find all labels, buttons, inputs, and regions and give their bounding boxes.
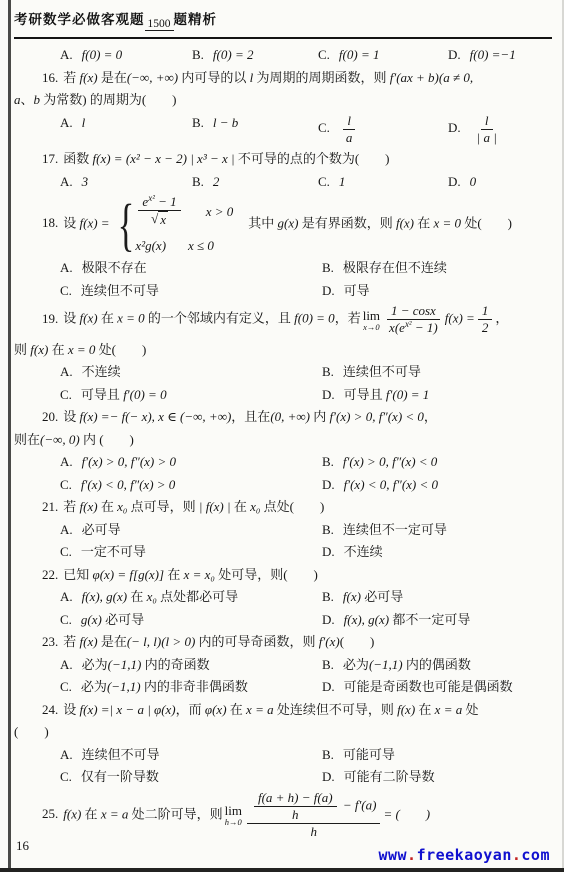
option-D: D.不连续 <box>322 542 554 562</box>
option-C: C.la <box>318 113 448 147</box>
option-B: B.必为(−1,1) 内的偶函数 <box>322 655 554 675</box>
numerator: ex² − 1 <box>138 194 180 211</box>
q24-options-ab: A.连续但不可导B.可能可导 <box>14 745 554 765</box>
option-label: D. <box>448 120 461 135</box>
text-run: 在 <box>127 589 147 604</box>
option-label: A. <box>60 522 73 537</box>
numerator: f(a + h) − f(a) <box>254 790 337 807</box>
fraction: la <box>342 113 357 147</box>
text-run: 若 <box>63 634 79 649</box>
numerator: l <box>481 113 493 130</box>
option-A: A.必可导 <box>60 520 322 540</box>
text-run: ， <box>495 311 508 326</box>
question-number: 20. <box>42 409 58 424</box>
text-run: 极限存在但不连续 <box>343 260 447 275</box>
text-run: 设 <box>63 215 79 230</box>
text-run: 处二阶可导，则 <box>128 806 222 821</box>
option-D: D.0 <box>448 172 554 192</box>
text-run: 点可导，则 <box>127 499 199 514</box>
option-label: B. <box>322 657 334 672</box>
piecewise-condition: x > 0 <box>206 202 234 222</box>
text-run: 在 <box>98 499 118 514</box>
option-A: A.极限不存在 <box>60 258 322 278</box>
radical-icon: √ <box>151 211 158 227</box>
piecewise: {ex² − 1√xx > 0x²g(x)x ≤ 0 <box>112 194 234 255</box>
power: ex² <box>399 320 411 335</box>
option-D: D.l| a | <box>448 113 554 147</box>
q18-stem: 18.设 f(x) ={ex² − 1√xx > 0x²g(x)x ≤ 0 其中… <box>14 194 554 255</box>
option-label: C. <box>60 477 72 492</box>
exponent: x² <box>148 193 155 203</box>
text-run: 内的可导奇函数，则 <box>195 634 319 649</box>
text-run: 是有界函数，则 <box>298 215 396 230</box>
q17-stem: 17.函数 f(x) = (x² − x − 2) | x³ − x | 不可导… <box>14 149 554 169</box>
question-number: 24. <box>42 702 58 717</box>
math-run: f(0) =−1 <box>470 47 516 62</box>
book-title-prefix: 考研数学必做客观题 <box>14 12 145 27</box>
question-number: 22. <box>42 567 58 582</box>
text-run: 则在 <box>14 432 40 447</box>
math-run: f(x) = <box>80 215 110 230</box>
q16-stem-1: 16.若 f(x) 是在(−∞, +∞) 内可导的以 l 为周期的周期函数，则 … <box>14 68 554 88</box>
option-label: D. <box>448 47 461 62</box>
questions-area: A.f(0) = 0B.f(0) = 2C.f(0) = 1D.f(0) =−1… <box>14 45 554 840</box>
option-label: B. <box>192 47 204 62</box>
math-run: l <box>347 113 351 128</box>
math-run: a <box>346 130 353 145</box>
option-D: D.可能是奇函数也可能是偶函数 <box>322 677 554 697</box>
text-run: 其中 <box>235 215 277 230</box>
text-run: 必可导 <box>102 612 144 627</box>
option-B: B.f′(x) > 0, f″(x) < 0 <box>322 452 554 472</box>
watermark-part: www <box>378 846 407 864</box>
text-run: 内的非奇非偶函数 <box>141 679 248 694</box>
numerator: l <box>343 113 355 130</box>
math-run: f′(x) <box>319 634 340 649</box>
math-run: x = 0 <box>434 215 462 230</box>
math-run: (−1,1) <box>369 657 403 672</box>
book-title-number: 1500 <box>145 18 174 31</box>
book-title: 考研数学必做客观题1500题精析 <box>14 0 554 30</box>
q24-options-cd: C.仅有一阶导数D.可能有二阶导数 <box>14 767 554 787</box>
math-run: f(x) <box>396 215 414 230</box>
option-label: A. <box>60 174 73 189</box>
math-run: − 1) <box>412 320 438 335</box>
text-run: 是在 <box>98 634 127 649</box>
text-run: 连续但不可导 <box>82 747 160 762</box>
text-run: 点处都必可导 <box>157 589 238 604</box>
option-label: D. <box>322 544 335 559</box>
option-label: A. <box>60 657 73 672</box>
option-A: A.连续但不可导 <box>60 745 322 765</box>
math-run: l − b <box>213 115 238 130</box>
q22-options-ab: A.f(x), g(x) 在 x₀ 点处都必可导B.f(x) 必可导 <box>14 587 554 607</box>
math-run: = ( ) <box>383 806 430 821</box>
option-label: C. <box>60 769 72 784</box>
text-run: 设 <box>63 311 79 326</box>
brace-icon: { <box>117 200 134 249</box>
document-page: 考研数学必做客观题1500题精析 A.f(0) = 0B.f(0) = 2C.f… <box>14 0 554 843</box>
math-run: φ(x) <box>205 702 227 717</box>
question-number: 16. <box>42 70 58 85</box>
option-B: B.f(x) 必可导 <box>322 587 554 607</box>
text-run: 内 <box>310 409 330 424</box>
denominator: 2 <box>478 320 493 336</box>
math-run: h <box>310 824 317 839</box>
text-run: 处( ) <box>461 215 512 230</box>
option-B: B.可能可导 <box>322 745 554 765</box>
text-run: 不连续 <box>82 364 121 379</box>
denominator: h <box>288 807 303 823</box>
math-run: x( <box>389 320 399 335</box>
text-run: 处 <box>462 702 478 717</box>
text-run: ，而 <box>176 702 205 717</box>
limit: limh→0 <box>225 804 242 827</box>
square-root: √x <box>151 211 168 228</box>
numerator: 1 − cosx <box>387 303 440 320</box>
text-run: 处可导，则( ) <box>215 567 318 582</box>
text-run: 处连续但不可导，则 <box>274 702 398 717</box>
option-label: C. <box>60 544 72 559</box>
option-label: B. <box>322 589 334 604</box>
question-number: 21. <box>42 499 58 514</box>
math-run: f(x) =| x − a | φ(x) <box>80 702 176 717</box>
q19-options-cd: C.可导且 f′(0) = 0D.可导且 f′(0) = 1 <box>14 385 554 405</box>
text-run: 点处( ) <box>260 499 324 514</box>
book-title-suffix: 题精析 <box>174 12 218 27</box>
math-run: f′(x) < 0, f″(x) > 0 <box>81 477 175 492</box>
math-run: − f′(a) <box>340 797 377 812</box>
text-run: 可导且 <box>81 387 123 402</box>
option-A: A.l <box>60 113 192 147</box>
q16-stem-2: a、b 为常数) 的周期为( ) <box>14 90 554 110</box>
math-run: f′(0) = 1 <box>386 387 429 402</box>
q16-options: A.lB.l − bC.laD.l| a | <box>14 113 554 147</box>
text-run: 在 <box>414 215 434 230</box>
option-C: C.必为(−1,1) 内的非奇非偶函数 <box>60 677 322 697</box>
piecewise-value: x²g(x) <box>135 236 166 256</box>
text-run: 连续但不可导 <box>81 283 159 298</box>
option-C: C.f(0) = 1 <box>318 45 448 65</box>
option-label: B. <box>322 260 334 275</box>
limit-subscript: x→0 <box>363 323 380 332</box>
option-label: D. <box>322 612 335 627</box>
limit-subscript: h→0 <box>225 818 242 827</box>
option-label: C. <box>60 679 72 694</box>
option-label: D. <box>322 679 335 694</box>
scan-edge-left <box>8 0 11 872</box>
math-run: f′(x) < 0, f″(x) < 0 <box>344 477 438 492</box>
piecewise-row: ex² − 1√xx > 0 <box>135 194 233 229</box>
math-run: f(0) = 2 <box>213 47 254 62</box>
math-run: x²g(x) <box>135 238 166 253</box>
math-run: 3 <box>82 174 89 189</box>
text-run: 处( ) <box>95 342 146 357</box>
math-run: f(x) <box>80 634 98 649</box>
math-run: (−∞, +∞) <box>127 70 178 85</box>
text-run: 、 <box>21 92 34 107</box>
text-run: 内的偶函数 <box>403 657 471 672</box>
option-label: A. <box>60 47 73 62</box>
math-run: x > 0 <box>206 204 234 219</box>
text-run: ( ) <box>14 724 49 739</box>
math-run: f(x) = (x² − x − 2) | x³ − x | <box>93 151 235 166</box>
option-label: B. <box>322 747 334 762</box>
math-run: f′(0) = 0 <box>123 387 166 402</box>
limit: limx→0 <box>363 309 380 332</box>
q23-options-ab: A.必为(−1,1) 内的奇函数B.必为(−1,1) 内的偶函数 <box>14 655 554 675</box>
q20-stem-2: 则在(−∞, 0) 内 ( ) <box>14 430 554 450</box>
q19-options-ab: A.不连续B.连续但不可导 <box>14 362 554 382</box>
text-run: 在 <box>227 702 247 717</box>
math-run: f(0) = 0 <box>294 311 335 326</box>
math-run: f(x) <box>80 499 98 514</box>
text-run: 必为 <box>82 657 108 672</box>
text-run: 内的奇函数 <box>141 657 209 672</box>
math-run: f(x) <box>80 70 98 85</box>
fraction: f(a + h) − f(a)h <box>254 790 337 824</box>
text-run: 可能有二阶导数 <box>344 769 435 784</box>
page-footer: 16 www.freekaoyan.com <box>14 838 554 864</box>
watermark-url: www.freekaoyan.com <box>378 846 550 864</box>
text-run: 极限不存在 <box>82 260 147 275</box>
option-D: D.可能有二阶导数 <box>322 767 554 787</box>
math-run: 2 <box>213 174 220 189</box>
q23-options-cd: C.必为(−1,1) 内的非奇非偶函数D.可能是奇函数也可能是偶函数 <box>14 677 554 697</box>
exponent: x² <box>405 319 412 329</box>
option-label: A. <box>60 364 73 379</box>
text-run: 为常数) 的周期为( ) <box>40 92 177 107</box>
fraction: f(a + h) − f(a)h − f′(a)h <box>247 790 380 841</box>
option-C: C.1 <box>318 172 448 192</box>
watermark-part: com <box>521 846 550 864</box>
page-number: 16 <box>16 838 29 854</box>
text-run: ( ) <box>340 634 375 649</box>
math-run: (−1,1) <box>108 657 142 672</box>
math-run: f′(ax + b)(a ≠ 0, <box>390 70 473 85</box>
piecewise-value: ex² − 1√x <box>135 194 183 229</box>
math-run: x₀ <box>117 499 127 514</box>
option-label: B. <box>192 174 204 189</box>
math-run: | a | <box>477 130 497 145</box>
option-label: D. <box>448 174 461 189</box>
text-run: 已知 <box>63 567 92 582</box>
option-A: A.不连续 <box>60 362 322 382</box>
question-number: 25. <box>42 806 58 821</box>
option-C: C.g(x) 必可导 <box>60 610 322 630</box>
math-run: f(0) = 1 <box>339 47 380 62</box>
option-B: B.l − b <box>192 113 318 147</box>
text-run: 连续但不一定可导 <box>343 522 447 537</box>
text-run: 连续但不可导 <box>343 364 421 379</box>
numerator: f(a + h) − f(a)h − f′(a) <box>247 790 380 825</box>
question-number: 19. <box>42 311 58 326</box>
question-number: 18. <box>42 215 58 230</box>
option-D: D.f(x), g(x) 都不一定可导 <box>322 610 554 630</box>
option-A: A.f(x), g(x) 在 x₀ 点处都必可导 <box>60 587 322 607</box>
math-run: f(x), g(x) <box>82 589 127 604</box>
math-run: f(x) =− f(− x), x ∈ (−∞, +∞) <box>80 409 232 424</box>
text-run: 的一个邻域内有定义，且 <box>145 311 295 326</box>
denominator: | a | <box>473 130 501 146</box>
option-D: D.f′(x) < 0, f″(x) < 0 <box>322 475 554 495</box>
math-run: (−1,1) <box>107 679 141 694</box>
math-run: 1 <box>339 174 346 189</box>
q19-stem-1: 19.设 f(x) 在 x = 0 的一个邻域内有定义，且 f(0) = 0，若… <box>14 303 554 337</box>
denominator: x(ex² − 1) <box>385 320 442 336</box>
q21-options-cd: C.一定不可导D.不连续 <box>14 542 554 562</box>
text-run: 可导 <box>344 283 370 298</box>
math-run: x ≤ 0 <box>188 238 214 253</box>
math-run: 1 − cosx <box>391 303 436 318</box>
text-run: 都不一定可导 <box>389 612 470 627</box>
option-B: B.连续但不一定可导 <box>322 520 554 540</box>
text-run: 可能可导 <box>343 747 395 762</box>
watermark-dot: . <box>407 846 417 864</box>
q18-options-ab: A.极限不存在B.极限存在但不连续 <box>14 258 554 278</box>
text-run: 若 <box>63 499 79 514</box>
math-run: f(x), g(x) <box>344 612 389 627</box>
text-run: 不可导的点的个数为( ) <box>235 151 390 166</box>
option-D: D.可导且 f′(0) = 1 <box>322 385 554 405</box>
math-run: (0, +∞) <box>270 409 310 424</box>
option-label: C. <box>60 612 72 627</box>
option-label: D. <box>322 387 335 402</box>
text-run: 在 <box>98 311 118 326</box>
option-label: A. <box>60 747 73 762</box>
math-run: f′(x) > 0, f″(x) > 0 <box>82 454 176 469</box>
math-run: x₀ <box>250 499 260 514</box>
denominator: √x <box>147 211 172 228</box>
text-run: 为周期的周期函数，则 <box>253 70 390 85</box>
q21-stem: 21.若 f(x) 在 x₀ 点可导，则 | f(x) | 在 x₀ 点处( ) <box>14 497 554 517</box>
text-run: 是在 <box>98 70 127 85</box>
option-C: C.可导且 f′(0) = 0 <box>60 385 322 405</box>
option-label: B. <box>192 115 204 130</box>
option-label: C. <box>318 47 330 62</box>
text-run: 在 <box>81 806 101 821</box>
math-run: f(x) <box>30 342 48 357</box>
text-run: 必可导 <box>82 522 121 537</box>
math-run: f′(x) > 0, f″(x) < 0 <box>330 409 424 424</box>
watermark-dot: . <box>512 846 522 864</box>
question-number: 17. <box>42 151 58 166</box>
fraction: ex² − 1√x <box>138 194 180 229</box>
text-run: 内可导的以 <box>178 70 250 85</box>
math-run: 2 <box>482 320 489 335</box>
math-run: f(a + h) − f(a) <box>258 790 333 805</box>
q23-stem: 23.若 f(x) 是在(− l, l)(l > 0) 内的可导奇函数，则 f′… <box>14 632 554 652</box>
math-run: f(x) <box>397 702 415 717</box>
text-run: 在 <box>164 567 184 582</box>
math-run: x = a <box>435 702 463 717</box>
piecewise-rows: ex² − 1√xx > 0x²g(x)x ≤ 0 <box>135 194 233 255</box>
limit-word: lim <box>363 309 380 322</box>
power: ex² <box>142 194 154 209</box>
text-run: 在 <box>231 499 251 514</box>
text-run: ，若 <box>335 311 361 326</box>
option-B: B.2 <box>192 172 318 192</box>
math-run: − 1 <box>155 194 177 209</box>
option-D: D.可导 <box>322 281 554 301</box>
text-run: 一定不可导 <box>81 544 146 559</box>
math-run: x = 0 <box>117 311 145 326</box>
option-A: A.必为(−1,1) 内的奇函数 <box>60 655 322 675</box>
math-run: (−∞, 0) <box>40 432 80 447</box>
q18-options-cd: C.连续但不可导D.可导 <box>14 281 554 301</box>
math-run: 1 <box>482 303 489 318</box>
option-C: C.仅有一阶导数 <box>60 767 322 787</box>
piecewise-row: x²g(x)x ≤ 0 <box>135 236 233 256</box>
fraction: 1 − cosxx(ex² − 1) <box>385 303 442 337</box>
option-label: A. <box>60 115 73 130</box>
text-run: 若 <box>63 70 79 85</box>
text-run: ，且在 <box>231 409 270 424</box>
math-run: g(x) <box>278 215 299 230</box>
option-C: C.一定不可导 <box>60 542 322 562</box>
q21-options-ab: A.必可导B.连续但不一定可导 <box>14 520 554 540</box>
option-label: C. <box>318 174 330 189</box>
math-run: x = 0 <box>68 342 96 357</box>
q20-options-ab: A.f′(x) > 0, f″(x) > 0B.f′(x) > 0, f″(x)… <box>14 452 554 472</box>
q15-options: A.f(0) = 0B.f(0) = 2C.f(0) = 1D.f(0) =−1 <box>14 45 554 65</box>
option-label: B. <box>322 454 334 469</box>
option-A: A.3 <box>60 172 192 192</box>
option-label: B. <box>322 364 334 379</box>
option-C: C.f′(x) < 0, f″(x) > 0 <box>60 475 322 495</box>
option-label: D. <box>322 477 335 492</box>
option-label: D. <box>322 283 335 298</box>
text-run: 则 <box>14 342 30 357</box>
option-B: B.f(0) = 2 <box>192 45 318 65</box>
text-run: 设 <box>63 409 79 424</box>
scan-edge-bottom <box>0 868 564 872</box>
option-label: D. <box>322 769 335 784</box>
math-run: f(x) <box>63 806 81 821</box>
q22-stem: 22.已知 φ(x) = f[g(x)] 在 x = x₀ 处可导，则( ) <box>14 565 554 585</box>
math-run: f(0) = 0 <box>82 47 123 62</box>
text-run: ， <box>424 409 437 424</box>
text-run: 可能是奇函数也可能是偶函数 <box>344 679 513 694</box>
question-number: 23. <box>42 634 58 649</box>
text-run: 在 <box>48 342 68 357</box>
math-run: x = x₀ <box>184 567 215 582</box>
text-run: 函数 <box>63 151 92 166</box>
math-run: h <box>292 807 299 822</box>
q17-options: A.3B.2C.1D.0 <box>14 172 554 192</box>
q25-stem: 25.f(x) 在 x = a 处二阶可导，则limh→0f(a + h) − … <box>14 790 554 841</box>
math-run: x₀ <box>147 589 157 604</box>
q22-options-cd: C.g(x) 必可导D.f(x), g(x) 都不一定可导 <box>14 610 554 630</box>
option-label: A. <box>60 454 73 469</box>
option-A: A.f(0) = 0 <box>60 45 192 65</box>
text-run: 不连续 <box>344 544 383 559</box>
text-run: 必为 <box>81 679 107 694</box>
watermark-part: freekaoyan <box>417 846 512 864</box>
option-label: C. <box>60 283 72 298</box>
math-run: f′(x) > 0, f″(x) < 0 <box>343 454 437 469</box>
text-run: 必可导 <box>361 589 403 604</box>
text-run: 内 ( ) <box>80 432 134 447</box>
limit-word: lim <box>225 804 242 817</box>
math-run: x = a <box>246 702 274 717</box>
header-rule <box>14 37 552 39</box>
denominator: a <box>342 130 357 146</box>
math-run: | f(x) | <box>199 499 231 514</box>
text-run: 在 <box>415 702 435 717</box>
fraction: 12 <box>478 303 493 337</box>
math-run: (− l, l)(l > 0) <box>127 634 195 649</box>
